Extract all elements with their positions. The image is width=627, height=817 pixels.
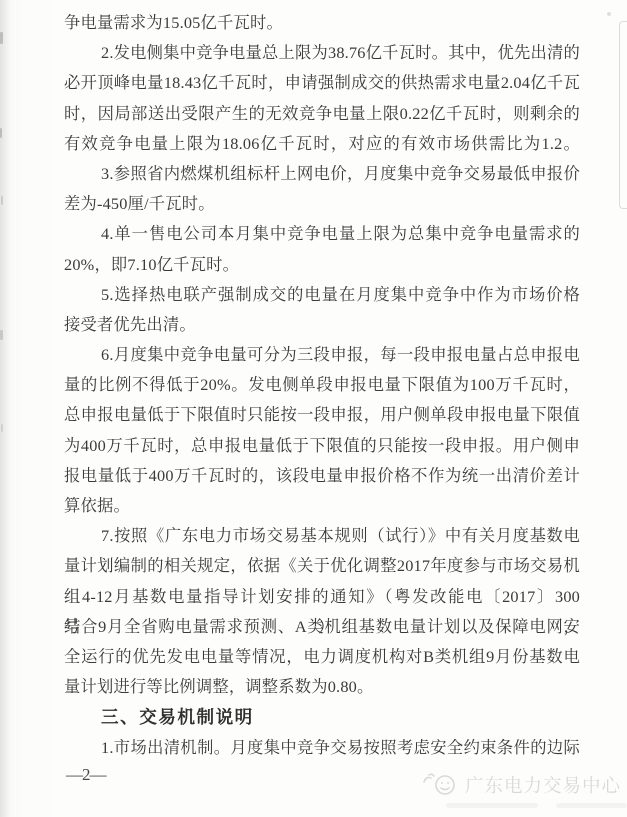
scan-smudge bbox=[556, 803, 627, 808]
text-line: 量计划编制的相关规定，依据《关于优化调整2017年度参与市场交易机 bbox=[64, 551, 580, 581]
text-line: 为400万千瓦时，总申报电量低于下限值的只能按一段申报。用户侧申 bbox=[64, 431, 580, 461]
text-line: 全运行的优先发电电量等情况，电力调度机构对B类机组9月份基数电 bbox=[64, 642, 580, 672]
text-line: 报电量低于400万千瓦时的，该段电量申报价格不作为统一出清价差计 bbox=[64, 461, 580, 491]
text-line: 争电量需求为15.05亿千瓦时。 bbox=[64, 8, 580, 38]
gdpx-logo-icon bbox=[421, 772, 461, 798]
text-line: 1.市场出清机制。月度集中竞争交易按照考虑安全约束条件的边际 bbox=[64, 733, 580, 763]
page-number: —2— bbox=[66, 765, 106, 785]
text-line: 组4-12月基数电量指导计划安排的通知》（粤发改能电〔2017〕300号）， bbox=[64, 582, 580, 612]
scan-speck bbox=[0, 330, 3, 340]
text-line: 结合9月全省购电量需求预测、A类机组基数电量计划以及保障电网安 bbox=[64, 612, 580, 642]
text-line: 算依据。 bbox=[64, 491, 580, 521]
text-line: 有效竞争电量上限为18.06亿千瓦时，对应的有效市场供需比为1.2。 bbox=[64, 129, 580, 159]
watermark-label: 广东电力交易中心 bbox=[465, 772, 621, 798]
scan-artifact-box bbox=[619, 21, 627, 209]
watermark: 广东电力交易中心 bbox=[421, 772, 621, 798]
text-line: 7.按照《广东电力市场交易基本规则（试行）》中有关月度基数电 bbox=[64, 521, 580, 551]
text-line: 必开顶峰电量18.43亿千瓦时，申请强制成交的供热需求电量2.04亿千瓦 bbox=[64, 68, 580, 98]
text-line: 量计划进行等比例调整，调整系数为0.80。 bbox=[64, 672, 580, 702]
text-line: 4.单一售电公司本月集中竞争电量上限为总集中竞争电量需求的 bbox=[64, 219, 580, 249]
scan-speck bbox=[607, 12, 611, 16]
text-line: 总申报电量低于下限值时只能按一段申报，用户侧单段申报电量下限值 bbox=[64, 400, 580, 430]
text-line: 6.月度集中竞争电量可分为三段申报，每一段申报电量占总申报电 bbox=[64, 340, 580, 370]
text-line: 5.选择热电联产强制成交的电量在月度集中竞争中作为市场价格 bbox=[64, 280, 580, 310]
text-line: 2.发电侧集中竞争电量总上限为38.76亿千瓦时。其中，优先出清的 bbox=[64, 38, 580, 68]
text-line: 时，因局部送出受限产生的无效竞争电量上限0.22亿千瓦时，则剩余的 bbox=[64, 99, 580, 129]
scan-speck bbox=[1, 196, 3, 205]
document-page: 争电量需求为15.05亿千瓦时。2.发电侧集中竞争电量总上限为38.76亿千瓦时… bbox=[0, 0, 627, 817]
text-line: 接受者优先出清。 bbox=[64, 310, 580, 340]
scan-smudge bbox=[446, 803, 538, 808]
scan-speck bbox=[1, 424, 3, 432]
document-body: 争电量需求为15.05亿千瓦时。2.发电侧集中竞争电量总上限为38.76亿千瓦时… bbox=[64, 8, 580, 763]
text-line: 20%，即7.10亿千瓦时。 bbox=[64, 250, 580, 280]
scan-speck bbox=[0, 32, 3, 44]
section-heading: 三、交易机制说明 bbox=[64, 702, 580, 732]
scan-edge-shadow bbox=[0, 0, 10, 817]
text-line: 差为-450厘/千瓦时。 bbox=[64, 189, 580, 219]
text-line: 3.参照省内燃煤机组标杆上网电价，月度集中竞争交易最低申报价 bbox=[64, 159, 580, 189]
scan-speck bbox=[0, 128, 2, 138]
text-line: 量的比例不得低于20%。发电侧单段申报电量下限值为100万千瓦时， bbox=[64, 370, 580, 400]
